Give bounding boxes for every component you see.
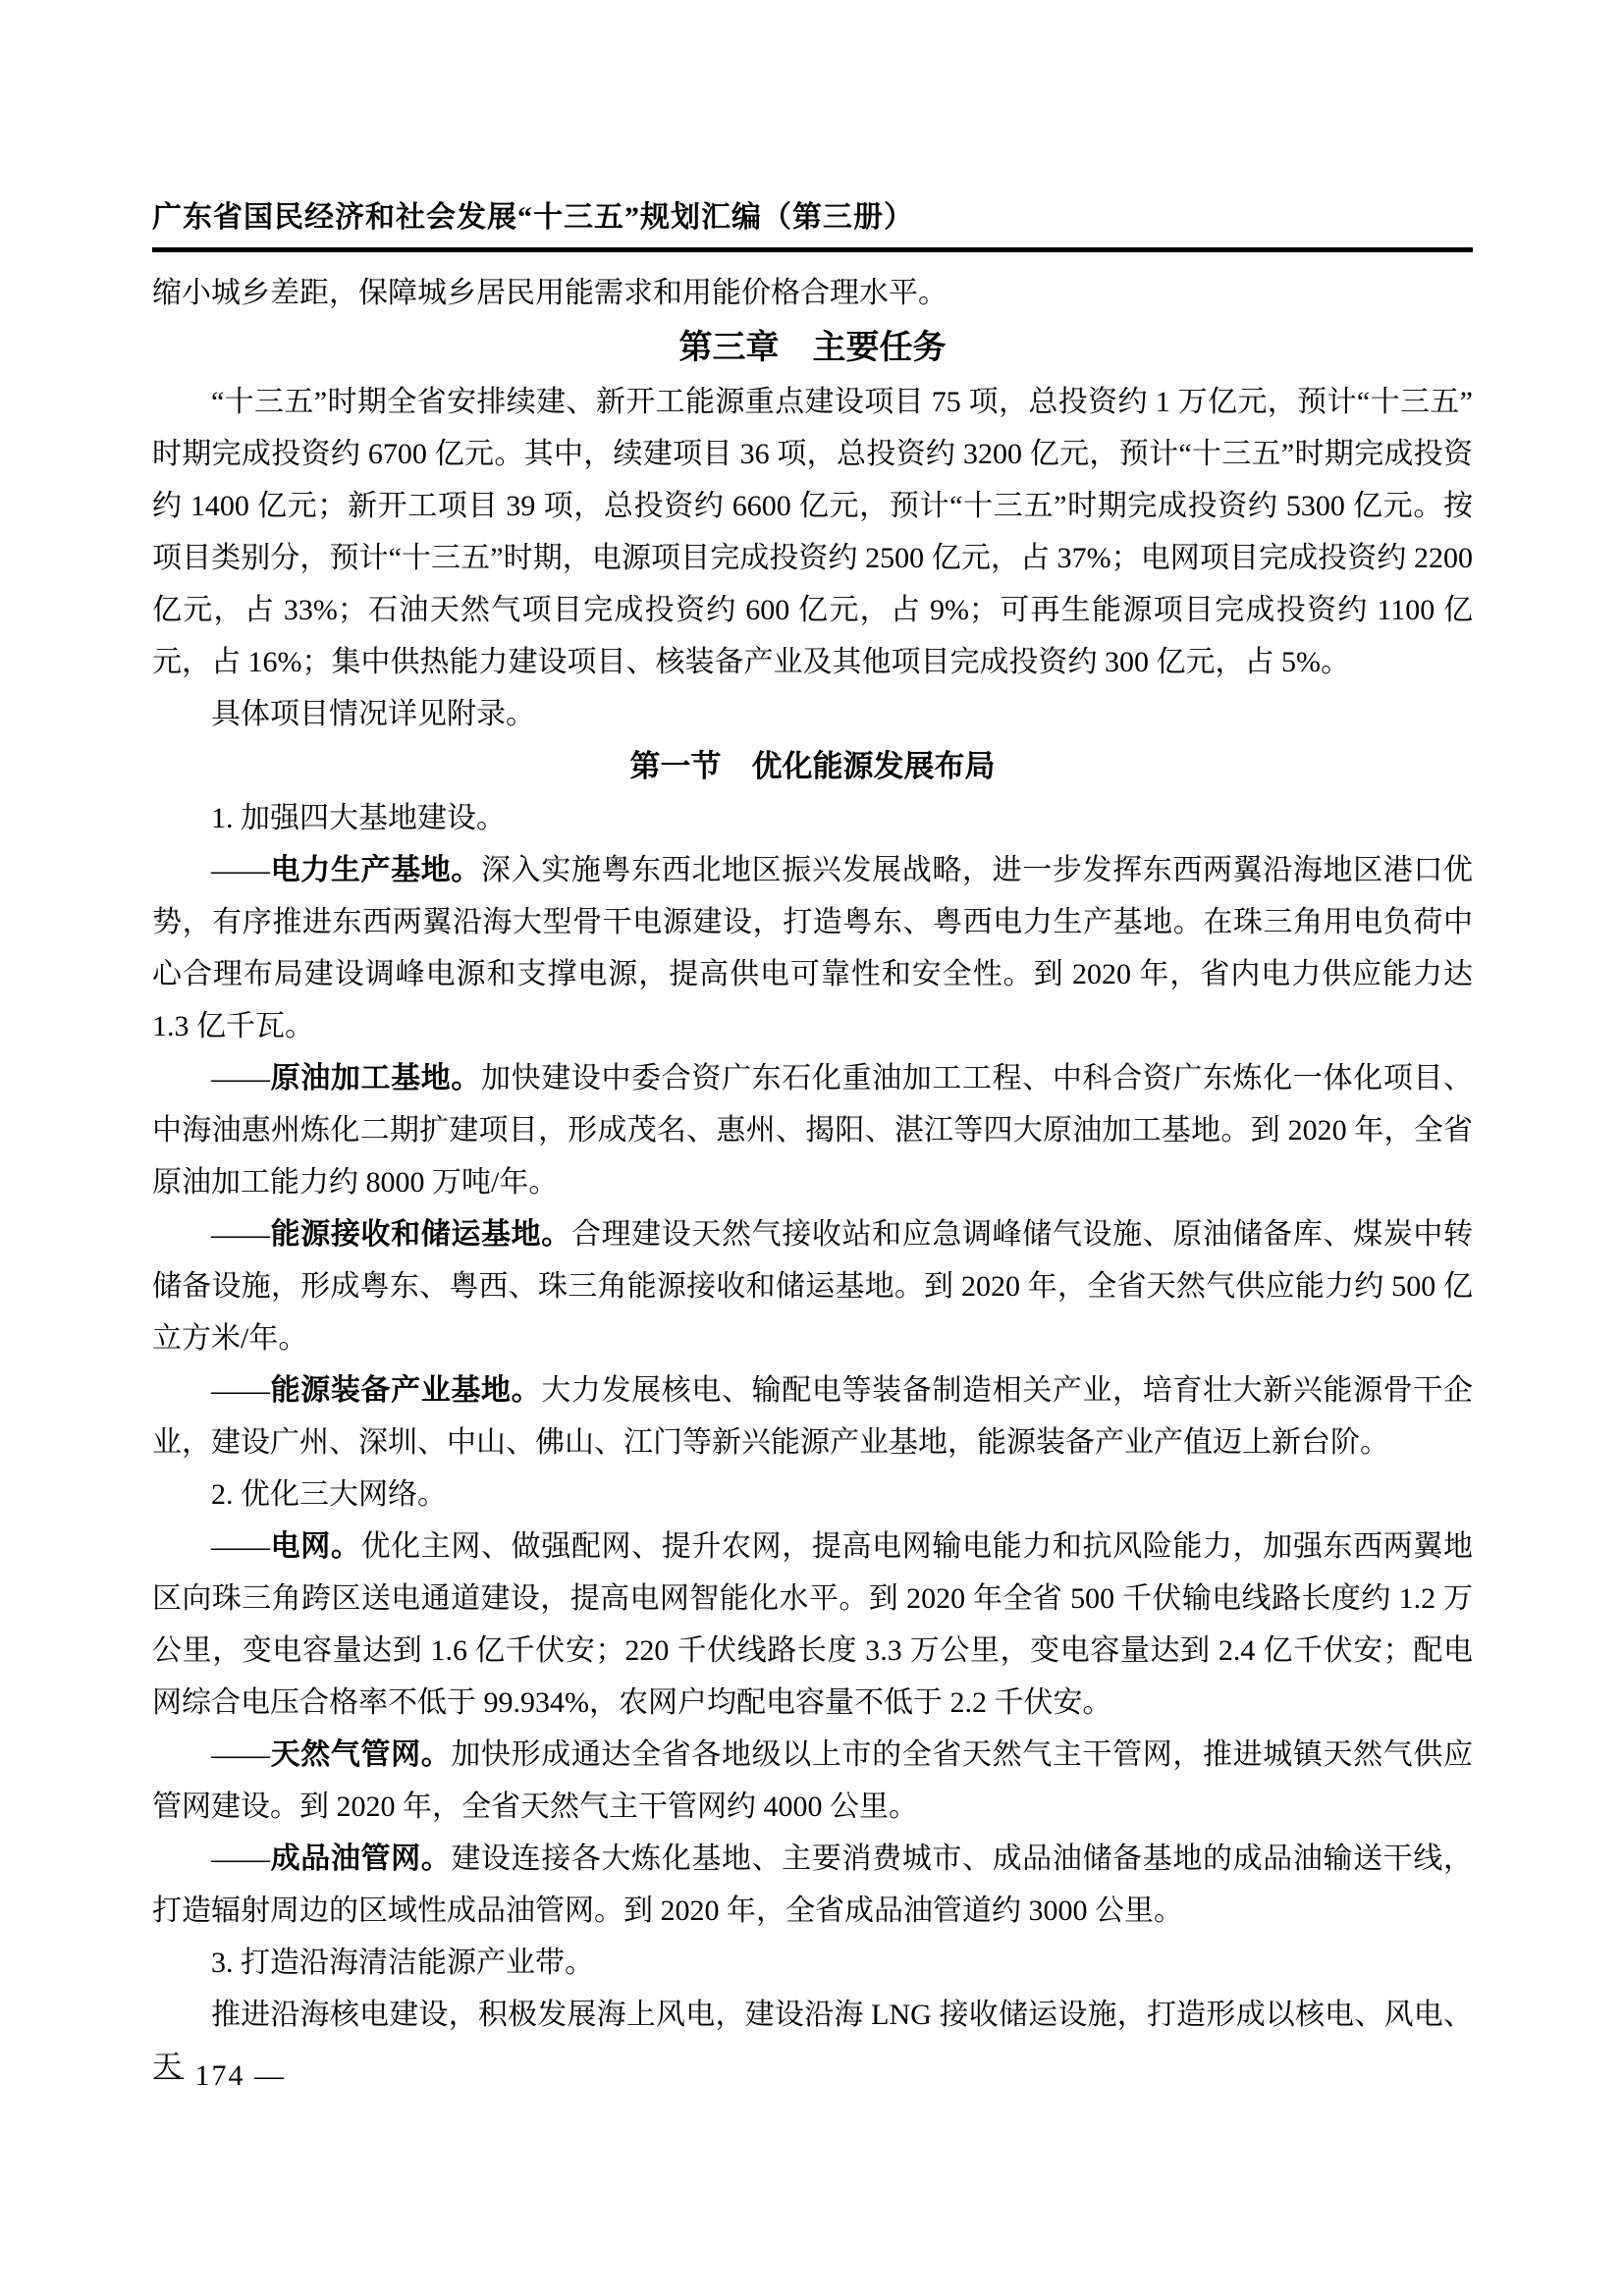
bullet-term: 电力生产基地。 bbox=[270, 854, 481, 886]
em-dash: —— bbox=[211, 1218, 270, 1251]
em-dash: —— bbox=[211, 1062, 270, 1095]
bullet-term: 能源接收和储运基地。 bbox=[270, 1218, 571, 1251]
page-body: 缩小城乡差距，保障城乡居民用能需求和用能价格合理水平。 第三章 主要任务 “十三… bbox=[152, 267, 1473, 2093]
em-dash: —— bbox=[211, 1374, 270, 1407]
bullet-term: 成品油管网。 bbox=[270, 1842, 451, 1875]
em-dash: —— bbox=[211, 1842, 270, 1875]
bullet-energy-receiving-base: ——能源接收和储运基地。合理建设天然气接收站和应急调峰储气设施、原油储备库、煤炭… bbox=[152, 1208, 1473, 1364]
bullet-crude-oil-base: ——原油加工基地。加快建设中委合资广东石化重油加工工程、中科合资广东炼化一体化项… bbox=[152, 1052, 1473, 1208]
bullet-term: 电网。 bbox=[270, 1530, 361, 1563]
section-title: 第一节 优化能源发展布局 bbox=[152, 740, 1473, 792]
header-rule bbox=[152, 247, 1473, 252]
bullet-term: 天然气管网。 bbox=[270, 1738, 451, 1771]
bullet-power-grid: ——电网。优化主网、做强配网、提升农网，提高电网输电能力和抗风险能力，加强东西两… bbox=[152, 1521, 1473, 1729]
bullet-equipment-industry-base: ——能源装备产业基地。大力发展核电、输配电等装备制造相关产业，培育壮大新兴能源骨… bbox=[152, 1364, 1473, 1468]
bullet-gas-pipeline-network: ——天然气管网。加快形成通达全省各地级以上市的全省天然气主干管网，推进城镇天然气… bbox=[152, 1729, 1473, 1833]
em-dash: —— bbox=[211, 854, 270, 886]
task2-heading: 2. 优化三大网络。 bbox=[152, 1468, 1473, 1521]
em-dash: —— bbox=[211, 1738, 270, 1771]
running-header: 广东省国民经济和社会发展“十三五”规划汇编（第三册） bbox=[152, 192, 1472, 236]
carryover-paragraph: 缩小城乡差距，保障城乡居民用能需求和用能价格合理水平。 bbox=[152, 267, 1473, 319]
chapter-title: 第三章 主要任务 bbox=[152, 319, 1473, 376]
overview-paragraph: “十三五”时期全省安排续建、新开工能源重点建设项目 75 项，总投资约 1 万亿… bbox=[152, 376, 1473, 688]
em-dash: —— bbox=[211, 1530, 270, 1563]
task3-paragraph: 推进沿海核电建设，积极发展海上风电，建设沿海 LNG 接收储运设施，打造形成以核… bbox=[152, 1989, 1473, 2093]
task1-heading: 1. 加强四大基地建设。 bbox=[152, 792, 1473, 844]
document-page: 广东省国民经济和社会发展“十三五”规划汇编（第三册） 缩小城乡差距，保障城乡居民… bbox=[0, 0, 1624, 2296]
bullet-power-production-base: ——电力生产基地。深入实施粤东西北地区振兴发展战略，进一步发挥东西两翼沿海地区港… bbox=[152, 844, 1473, 1052]
appendix-note: 具体项目情况详见附录。 bbox=[152, 688, 1473, 740]
page-number: — 174 — bbox=[154, 2059, 286, 2093]
bullet-refined-oil-pipeline-network: ——成品油管网。建设连接各大炼化基地、主要消费城市、成品油储备基地的成品油输送干… bbox=[152, 1833, 1473, 1937]
bullet-term: 能源装备产业基地。 bbox=[270, 1374, 541, 1407]
bullet-term: 原油加工基地。 bbox=[270, 1062, 481, 1095]
task3-heading: 3. 打造沿海清洁能源产业带。 bbox=[152, 1937, 1473, 1989]
